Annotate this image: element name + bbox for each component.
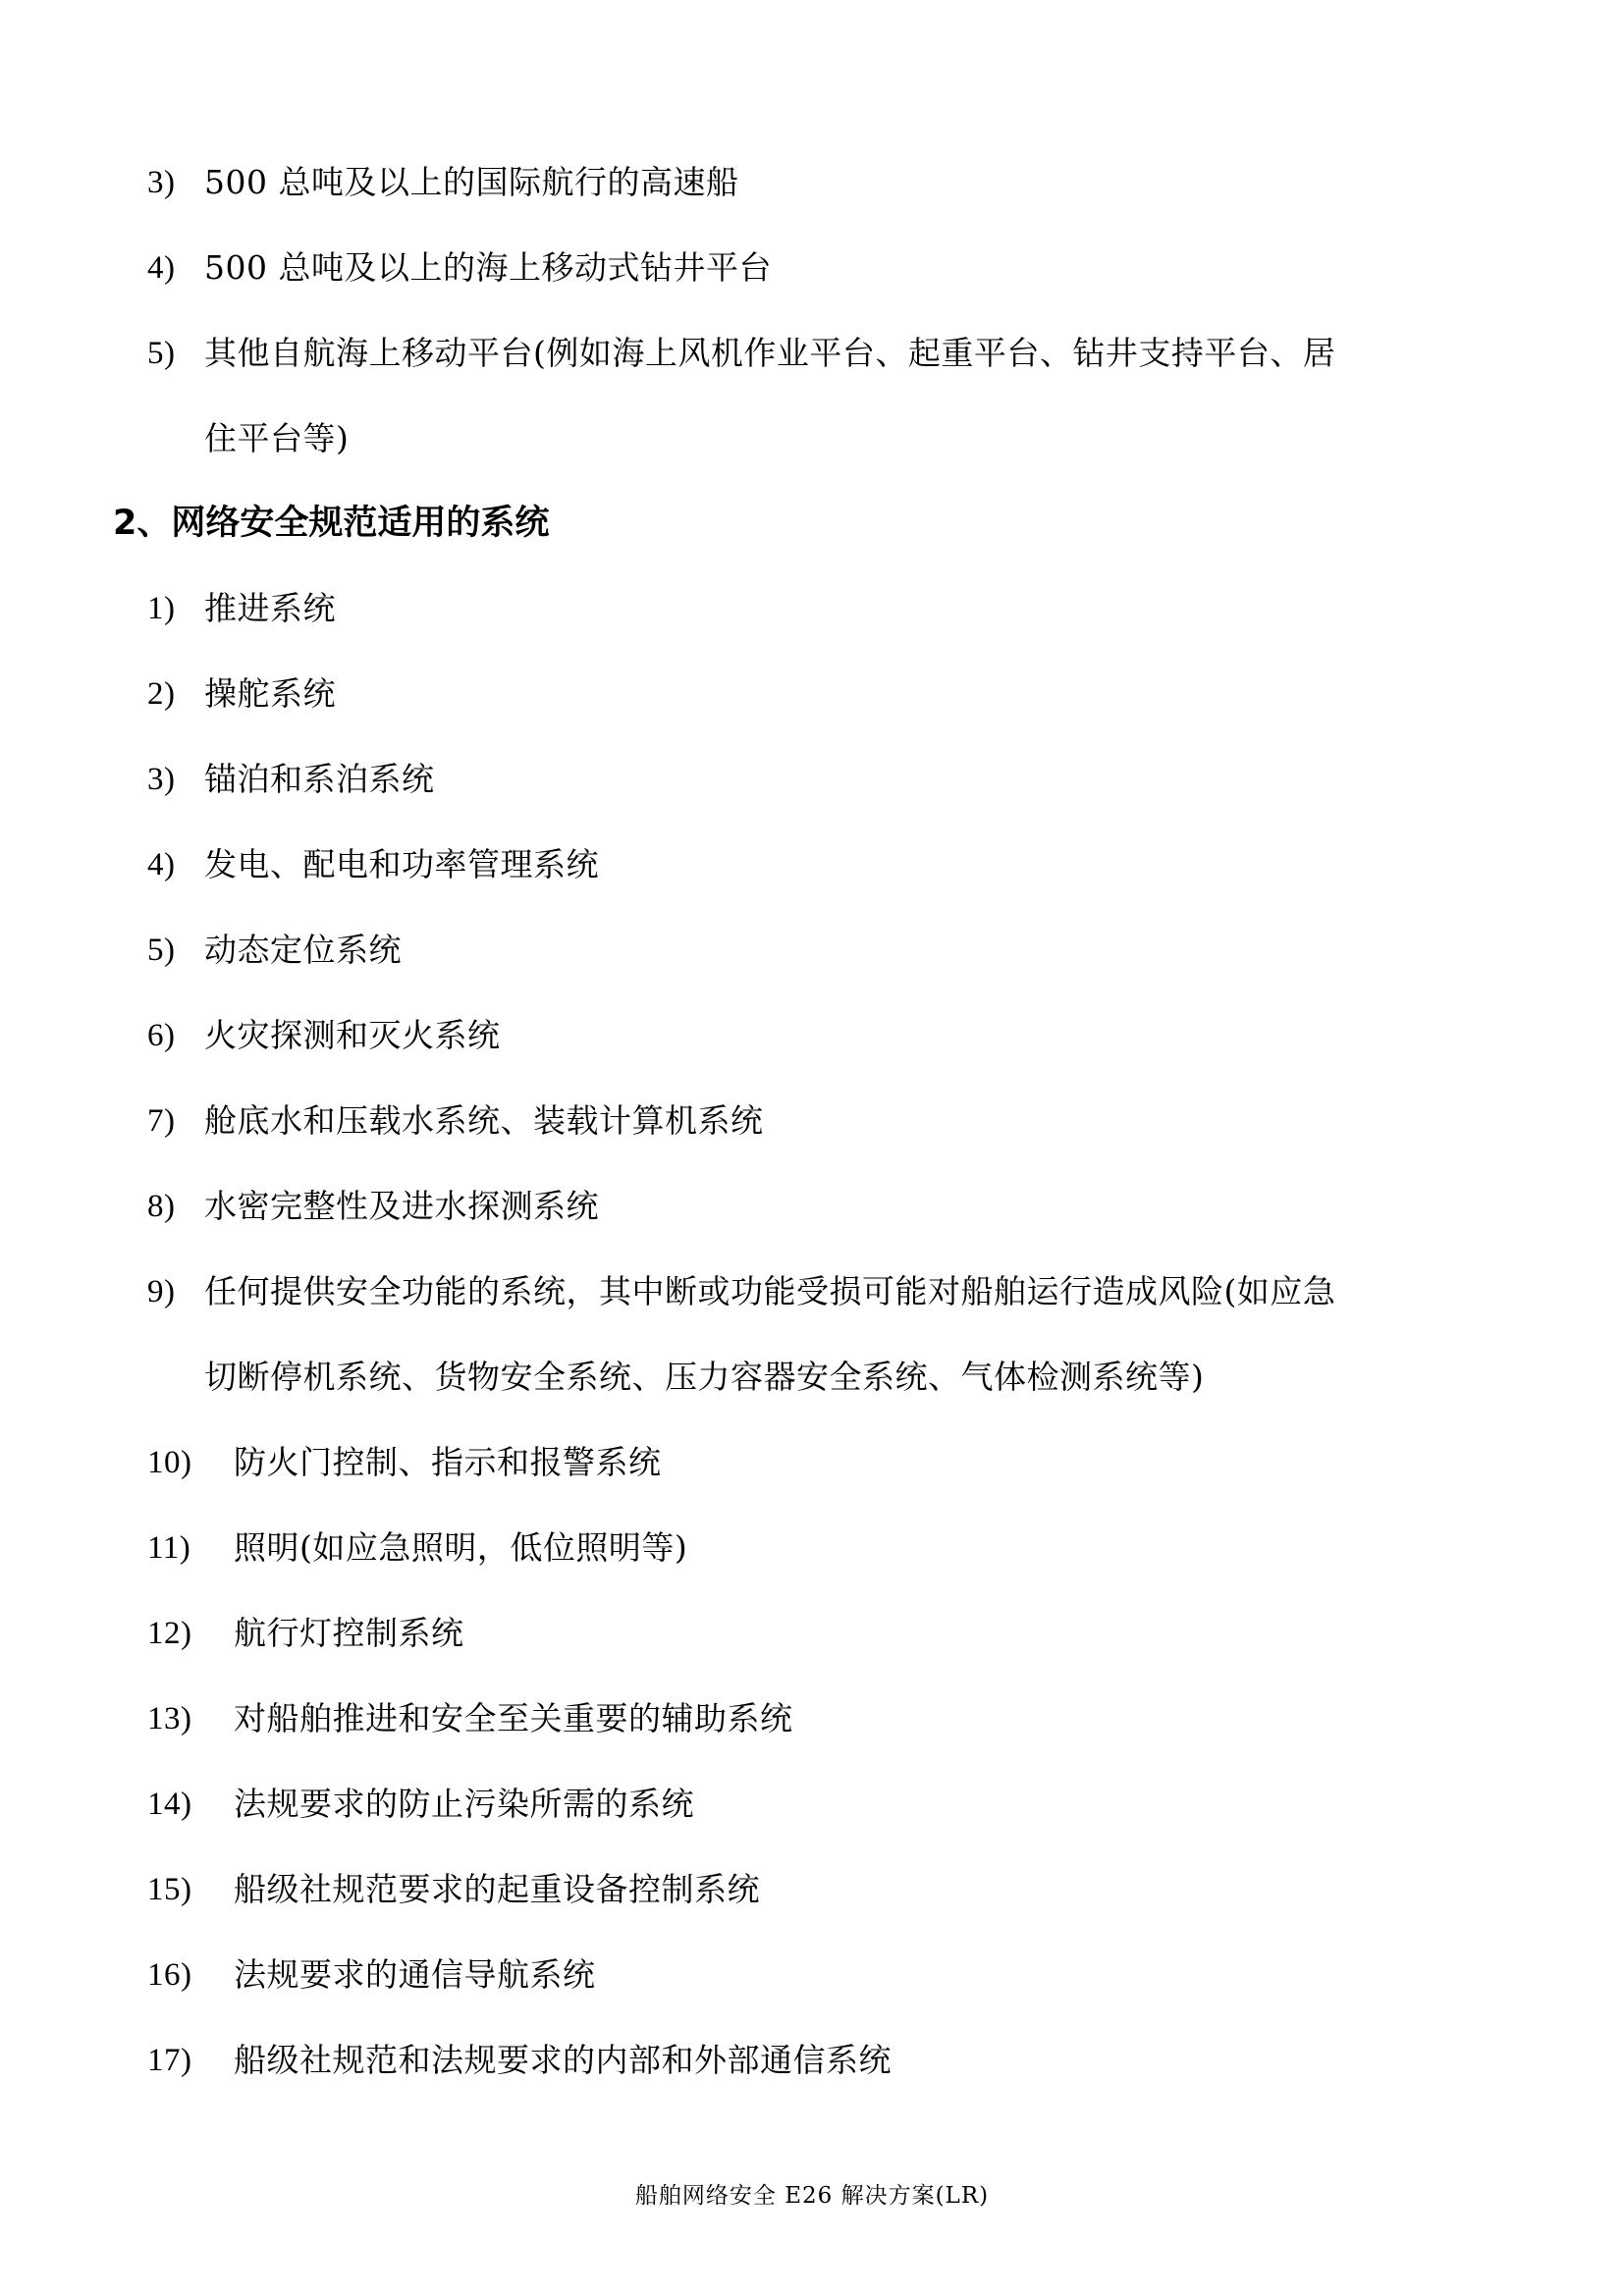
list-item-text: 船级社规范要求的起重设备控制系统 (234, 1870, 760, 1909)
list-item-text: 500 总吨及以上的国际航行的高速船 (204, 163, 738, 202)
list-item-text: 推进系统 (204, 589, 336, 628)
list-item-number: 3) (147, 760, 176, 799)
list-item-number: 5) (147, 334, 176, 373)
list-item-text: 任何提供安全功能的系统，其中断或功能受损可能对船舶运行造成风险(如应急 (204, 1272, 1335, 1311)
list-item-number: 14) (147, 1785, 192, 1824)
list-item-text: 发电、配电和功率管理系统 (204, 845, 599, 884)
list-item-number: 6) (147, 1016, 176, 1055)
list-item-text: 防火门控制、指示和报警系统 (234, 1443, 662, 1482)
list-item-text: 航行灯控制系统 (234, 1614, 464, 1653)
list-item-number: 2) (147, 674, 176, 714)
list-item-text: 对船舶推进和安全至关重要的辅助系统 (234, 1699, 793, 1738)
list-item-text: 住平台等) (204, 419, 349, 458)
list-item-text: 照明(如应急照明，低位照明等) (234, 1528, 687, 1568)
list-item-number: 11) (147, 1528, 190, 1568)
list-item-number: 15) (147, 1870, 192, 1909)
list-item-number: 3) (147, 163, 176, 202)
document-page: 3) 500 总吨及以上的国际航行的高速船 4) 500 总吨及以上的海上移动式… (0, 0, 1624, 2296)
section-heading: 2、网络安全规范适用的系统 (113, 502, 549, 545)
list-item-text: 法规要求的防止污染所需的系统 (234, 1785, 694, 1824)
list-item-number: 4) (147, 845, 176, 884)
list-item-number: 1) (147, 589, 176, 628)
list-item-number: 9) (147, 1272, 176, 1311)
list-item-text: 火灾探测和灭火系统 (204, 1016, 501, 1055)
list-item-text: 其他自航海上移动平台(例如海上风机作业平台、起重平台、钻井支持平台、居 (204, 334, 1335, 373)
list-item-number: 7) (147, 1101, 176, 1141)
list-item-text: 水密完整性及进水探测系统 (204, 1187, 599, 1226)
list-item-text: 船级社规范和法规要求的内部和外部通信系统 (234, 2041, 892, 2080)
list-item-number: 10) (147, 1443, 192, 1482)
list-item-text: 切断停机系统、货物安全系统、压力容器安全系统、气体检测系统等) (204, 1358, 1204, 1397)
list-item-text: 舱底水和压载水系统、装载计算机系统 (204, 1101, 764, 1141)
list-item-number: 16) (147, 1955, 192, 1995)
list-item-number: 5) (147, 931, 176, 970)
list-item-text: 锚泊和系泊系统 (204, 760, 435, 799)
list-item-number: 8) (147, 1187, 176, 1226)
list-item-text: 500 总吨及以上的海上移动式钻井平台 (204, 248, 772, 288)
list-item-number: 12) (147, 1614, 192, 1653)
list-item-text: 操舵系统 (204, 674, 336, 714)
list-item-number: 13) (147, 1699, 192, 1738)
list-item-number: 4) (147, 248, 176, 288)
list-item-text: 动态定位系统 (204, 931, 402, 970)
list-item-text: 法规要求的通信导航系统 (234, 1955, 596, 1995)
page-footer: 船舶网络安全 E26 解决方案(LR) (0, 2181, 1624, 2211)
list-item-number: 17) (147, 2041, 192, 2080)
